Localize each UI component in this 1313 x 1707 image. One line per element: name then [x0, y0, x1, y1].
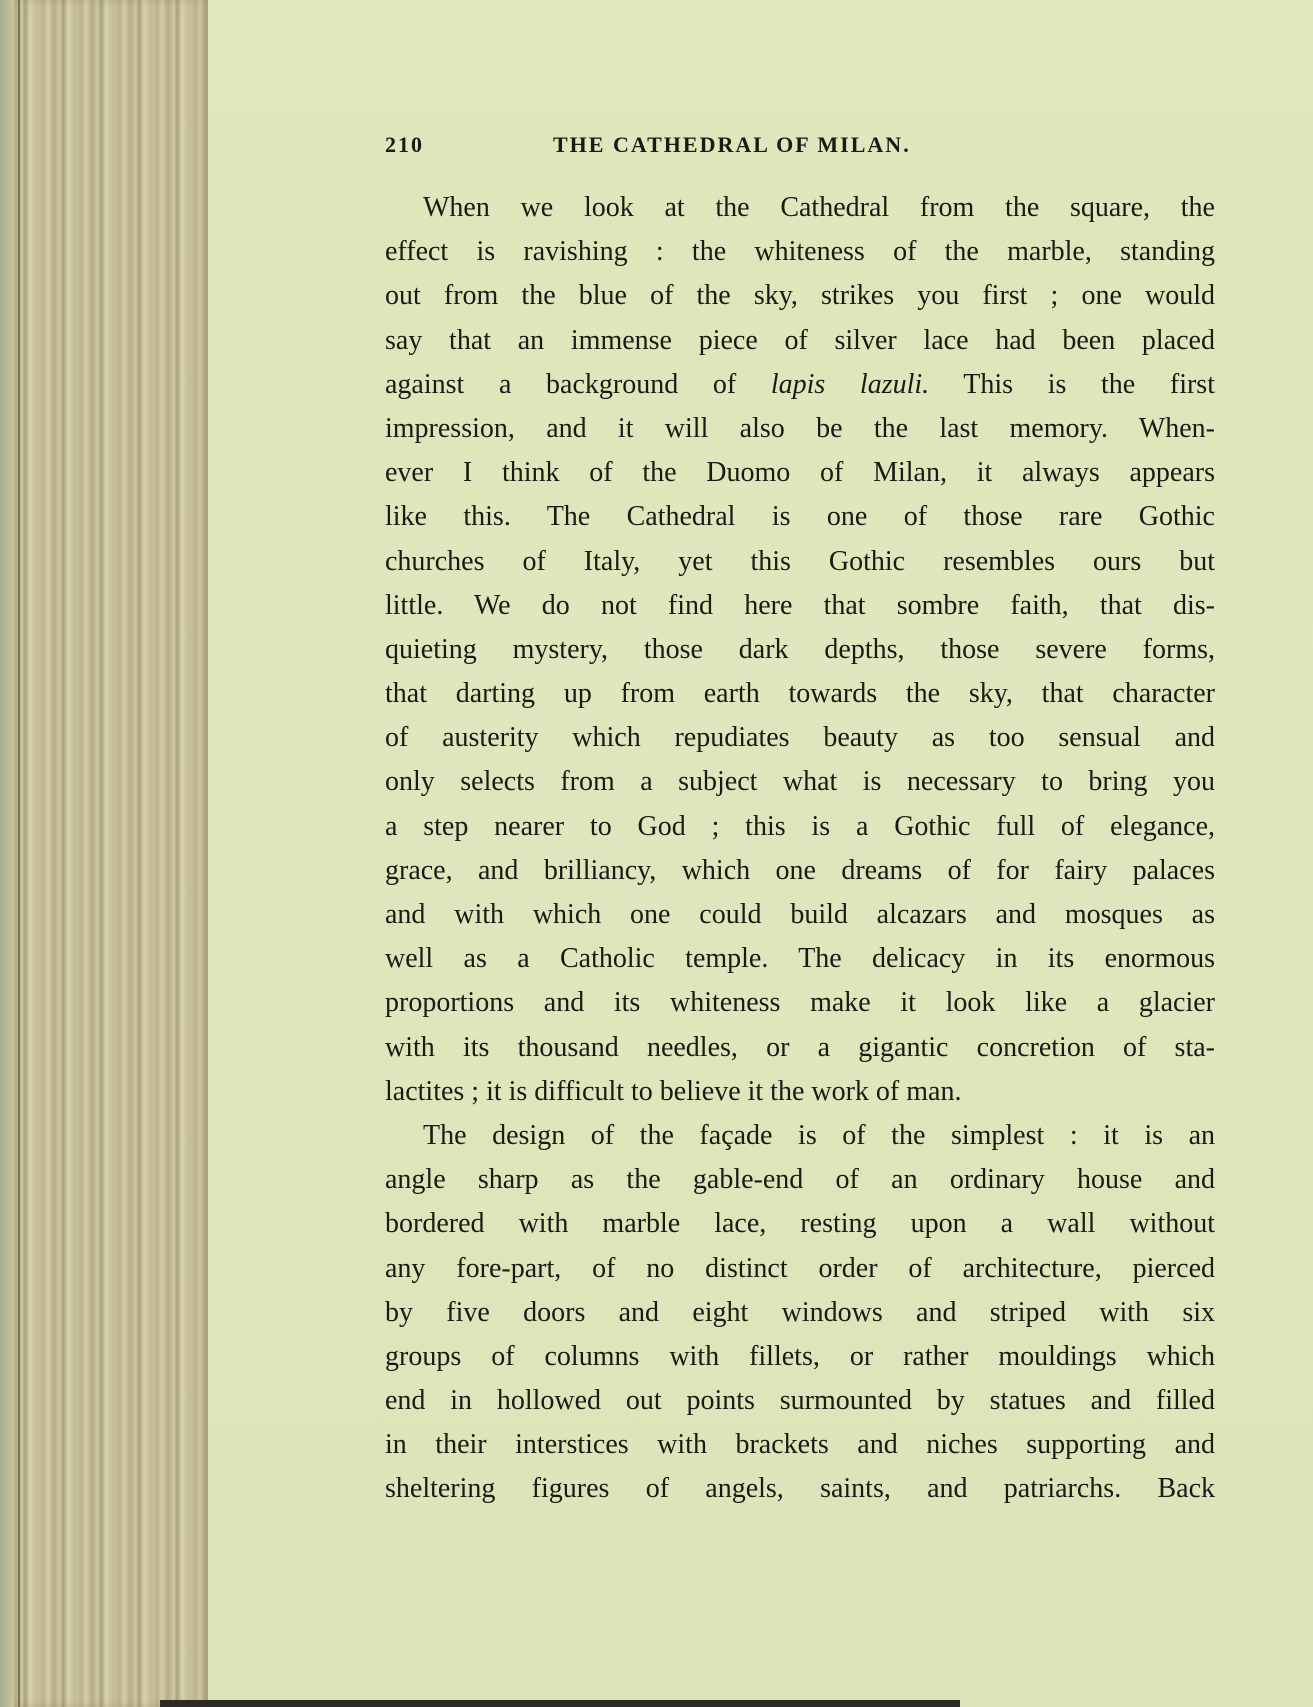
- body-text: When we look at the Cathedral from the s…: [385, 186, 1215, 1512]
- text-line: ever I think of the Duomo of Milan, it a…: [385, 451, 1215, 495]
- text-line: angle sharp as the gable-end of an ordin…: [385, 1158, 1215, 1202]
- running-title: THE CATHEDRAL OF MILAN.: [553, 132, 911, 158]
- text-line: quieting mystery, those dark depths, tho…: [385, 628, 1215, 672]
- text-line: and with which one could build alcazars …: [385, 893, 1215, 937]
- book-page-edges: [0, 0, 208, 1707]
- text-line: little. We do not find here that sombre …: [385, 584, 1215, 628]
- text-line: well as a Catholic temple. The delicacy …: [385, 937, 1215, 981]
- text-line: in their interstices with brackets and n…: [385, 1423, 1215, 1467]
- text-line: proportions and its whiteness make it lo…: [385, 981, 1215, 1025]
- text-line: sheltering figures of angels, saints, an…: [385, 1467, 1215, 1511]
- text-line: only selects from a subject what is nece…: [385, 760, 1215, 804]
- text-line: impression, and it will also be the last…: [385, 407, 1215, 451]
- text-line: end in hollowed out points surmounted by…: [385, 1379, 1215, 1423]
- paragraph-2: The design of the façade is of the simpl…: [385, 1114, 1215, 1512]
- text-line-with-italic: against a background of lapis lazuli. Th…: [385, 363, 1215, 407]
- text-line: a step nearer to God ; this is a Gothic …: [385, 805, 1215, 849]
- text-line: by five doors and eight windows and stri…: [385, 1291, 1215, 1335]
- text-line: effect is ravishing : the whiteness of t…: [385, 230, 1215, 274]
- running-head: 210 THE CATHEDRAL OF MILAN.: [385, 132, 1145, 162]
- text-segment: against a background of: [385, 369, 771, 400]
- text-line: like this. The Cathedral is one of those…: [385, 495, 1215, 539]
- text-line: When we look at the Cathedral from the s…: [385, 186, 1215, 230]
- text-segment: This is the first: [929, 369, 1215, 400]
- text-line: any fore-part, of no distinct order of a…: [385, 1247, 1215, 1291]
- text-line: groups of columns with fillets, or rathe…: [385, 1335, 1215, 1379]
- text-line: out from the blue of the sky, strikes yo…: [385, 274, 1215, 318]
- text-line: churches of Italy, yet this Gothic resem…: [385, 540, 1215, 584]
- book-bottom-edge: [160, 1700, 960, 1707]
- text-line: say that an immense piece of silver lace…: [385, 319, 1215, 363]
- paragraph-1: When we look at the Cathedral from the s…: [385, 186, 1215, 1114]
- text-line: bordered with marble lace, resting upon …: [385, 1202, 1215, 1246]
- text-line: The design of the façade is of the simpl…: [385, 1114, 1215, 1158]
- text-line: that darting up from earth towards the s…: [385, 672, 1215, 716]
- text-line: lactites ; it is difficult to believe it…: [385, 1070, 1215, 1114]
- text-line: of austerity which repudiates beauty as …: [385, 716, 1215, 760]
- italic-phrase: lapis lazuli.: [771, 369, 929, 400]
- text-line: with its thousand needles, or a gigantic…: [385, 1026, 1215, 1070]
- page-number: 210: [385, 132, 424, 158]
- text-line: grace, and brilliancy, which one dreams …: [385, 849, 1215, 893]
